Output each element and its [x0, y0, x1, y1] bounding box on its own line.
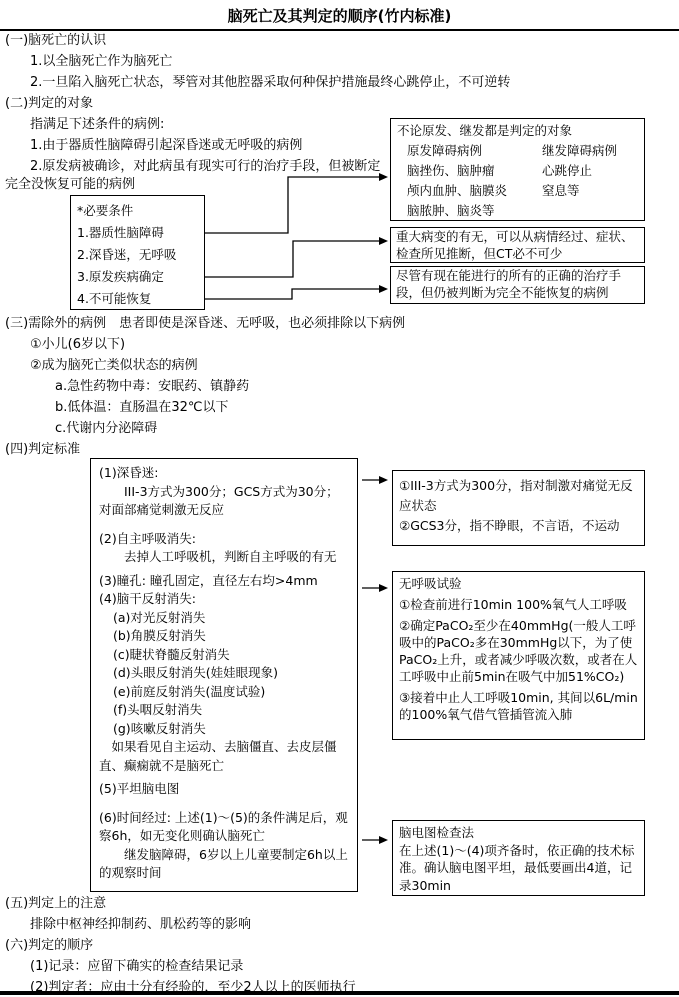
apnea-test-step-2: ②确定PaCO₂至少在40mmHg(一般人工呼吸中的PaCO₂多在30mmHg以…: [399, 617, 638, 685]
apnea-test-step-1: ①检查前进行10min 100%氧气人工呼吸: [399, 596, 638, 613]
section1-item-1: 1.以全脑死亡作为脑死亡: [30, 53, 172, 70]
title-underline: [0, 29, 679, 31]
criteria-deep-coma: (1)深昏迷:: [99, 464, 349, 483]
criteria-reflex-a: (a)对光反射消失: [99, 609, 349, 628]
section1-item-2: 2.一旦陷入脑死亡状态，琴管对其他腔器采取何种保护措施最终心跳停止，不可逆转: [30, 74, 510, 91]
section2-item-1: 1.由于器质性脑障碍引起深昏迷或无呼吸的病例: [30, 137, 302, 154]
criteria-reflex-g: (g)咳嗽反射消失: [99, 720, 349, 739]
section2-item-2: 2.原发病被确诊，对此病虽有现实可行的治疗手段，但被断定完全没恢复可能的病例: [5, 158, 387, 194]
bottom-rule: [0, 991, 679, 995]
judgement-criteria-box: (1)深昏迷: III-3方式为300分；GCS方式为30分；对面部痛觉刺激无反…: [90, 458, 358, 892]
no-recovery-box: 尽管有现在能进行的所有的正确的治疗手段，但仍被判断为完全不能恢复的病例: [390, 266, 645, 304]
secondary-cause-example: 心跳停止: [542, 163, 592, 178]
secondary-cause-example: 窒息等: [542, 183, 580, 198]
required-condition-4: 4.不可能恢复: [77, 288, 198, 310]
coma-score-box: ①III-3方式为300分，指对制激对痛觉无反应状态 ②GCS3分，指不睁眼，不…: [392, 470, 645, 546]
section3-heading: (三)需除外的病例 患者即使是深昏迷、无呼吸，也必须排除以下病例: [5, 315, 405, 332]
criteria-apnea: (2)自主呼吸消失:: [99, 530, 349, 549]
criteria-deep-coma-detail: III-3方式为300分；GCS方式为30分；对面部痛觉刺激无反应: [99, 483, 349, 520]
criteria-reflex-d: (d)头眼反射消失(娃娃眼现象): [99, 664, 349, 683]
eeg-method-title: 脑电图检查法: [399, 824, 638, 842]
coma-score-line-2: ②GCS3分，指不睁眼，不言语，不运动: [399, 516, 638, 536]
section3-sub-a: a.急性药物中毒：安眠药、镇静药: [55, 378, 249, 395]
criteria-time-course: (6)时间经过: 上述(1)～(5)的条件满足后，观察6h，如无变化则确认脑死亡: [99, 809, 349, 846]
section3-item-1: ①小儿(6岁以下): [30, 336, 125, 353]
connector-primary-disease-to-ct-box: [205, 241, 380, 277]
required-condition-1: 1.器质性脑障碍: [77, 222, 198, 244]
apnea-test-step-3: ③接着中止人工呼吸10min, 其间以6L/min的100%氧气借气管插管流入肺: [399, 689, 638, 723]
section2-heading: (二)判定的对象: [5, 95, 93, 112]
target-row: 脑脓肿、脑炎等: [397, 201, 638, 221]
criteria-pupils: (3)瞳孔: 瞳孔固定，直径左右均>4mm: [99, 572, 349, 591]
required-condition-2: 2.深昏迷，无呼吸: [77, 244, 198, 266]
judgement-target-box: 不论原发、继发都是判定的对象 原发障碍病例继发障碍病例 脑挫伤、脑肿瘤心跳停止 …: [390, 118, 645, 221]
section3-sub-c: c.代谢内分泌障碍: [55, 420, 157, 437]
coma-score-line-1: ①III-3方式为300分，指对制激对痛觉无反应状态: [399, 476, 638, 516]
connector-no-recovery-to-norecovery-box: [205, 289, 380, 299]
target-row: 脑挫伤、脑肿瘤心跳停止: [397, 161, 638, 181]
required-condition-3: 3.原发疾病确定: [77, 266, 198, 288]
criteria-reflex-e: (e)前庭反射消失(温度试验): [99, 683, 349, 702]
primary-cause-example: 脑脓肿、脑炎等: [407, 201, 542, 221]
eeg-method-body: 在上述(1)～(4)项齐备时，依正确的技术标准。确认脑电图平坦，最低要画出4道，…: [399, 842, 638, 895]
apnea-test-title: 无呼吸试验: [399, 575, 638, 592]
criteria-brainstem-reflex: (4)脑干反射消失:: [99, 590, 349, 609]
eeg-method-box: 脑电图检查法 在上述(1)～(4)项齐备时，依正确的技术标准。确认脑电图平坦，最…: [392, 820, 645, 896]
target-row: 颅内血肿、脑膜炎窒息等: [397, 181, 638, 201]
section6-heading: (六)判定的顺序: [5, 937, 93, 954]
page-title: 脑死亡及其判定的顺序(竹内标准): [0, 5, 679, 26]
secondary-cause-example: 继发障碍病例: [542, 143, 617, 158]
ct-necessity-box: 重大病变的有无，可以从病情经过、症状、检查所见推断，但CT必不可少: [390, 227, 645, 263]
section6-item-1: (1)记录：应留下确实的检查结果记录: [30, 958, 243, 975]
section5-item: 排除中枢神经抑制药、肌松药等的影响: [30, 916, 251, 933]
criteria-note: 如果看见自主运动、去脑僵直、去皮层僵直、癫痫就不是脑死亡: [99, 738, 349, 775]
primary-cause-example: 原发障碍病例: [407, 141, 542, 161]
criteria-flat-eeg: (5)平坦脑电图: [99, 780, 349, 799]
section1-heading: (一)脑死亡的认识: [5, 32, 106, 49]
section3-sub-b: b.低体温：直肠温在32℃以下: [55, 399, 229, 416]
document-page: 脑死亡及其判定的顺序(竹内标准) (一)脑死亡的认识 1.以全脑死亡作为脑死亡 …: [0, 0, 679, 997]
section2-intro: 指满足下述条件的病例:: [30, 116, 164, 133]
criteria-time-course-note: 继发脑障碍，6岁以上儿童要制定6h以上的观察时间: [99, 846, 349, 883]
primary-cause-example: 颅内血肿、脑膜炎: [407, 181, 542, 201]
target-row: 原发障碍病例继发障碍病例: [397, 141, 638, 161]
section5-heading: (五)判定上的注意: [5, 895, 106, 912]
criteria-reflex-b: (b)角膜反射消失: [99, 627, 349, 646]
criteria-apnea-detail: 去掉人工呼吸机，判断自主呼吸的有无: [99, 548, 349, 567]
primary-cause-example: 脑挫伤、脑肿瘤: [407, 161, 542, 181]
required-conditions-box: *必要条件 1.器质性脑障碍 2.深昏迷，无呼吸 3.原发疾病确定 4.不可能恢…: [70, 195, 205, 310]
section4-heading: (四)判定标准: [5, 441, 80, 458]
judgement-target-heading: 不论原发、继发都是判定的对象: [397, 121, 638, 141]
section3-item-2: ②成为脑死亡类似状态的病例: [30, 357, 198, 374]
criteria-reflex-f: (f)头咽反射消失: [99, 701, 349, 720]
criteria-reflex-c: (c)睫状脊髓反射消失: [99, 646, 349, 665]
apnea-test-box: 无呼吸试验 ①检查前进行10min 100%氧气人工呼吸 ②确定PaCO₂至少在…: [392, 571, 645, 740]
required-conditions-title: *必要条件: [77, 200, 198, 222]
